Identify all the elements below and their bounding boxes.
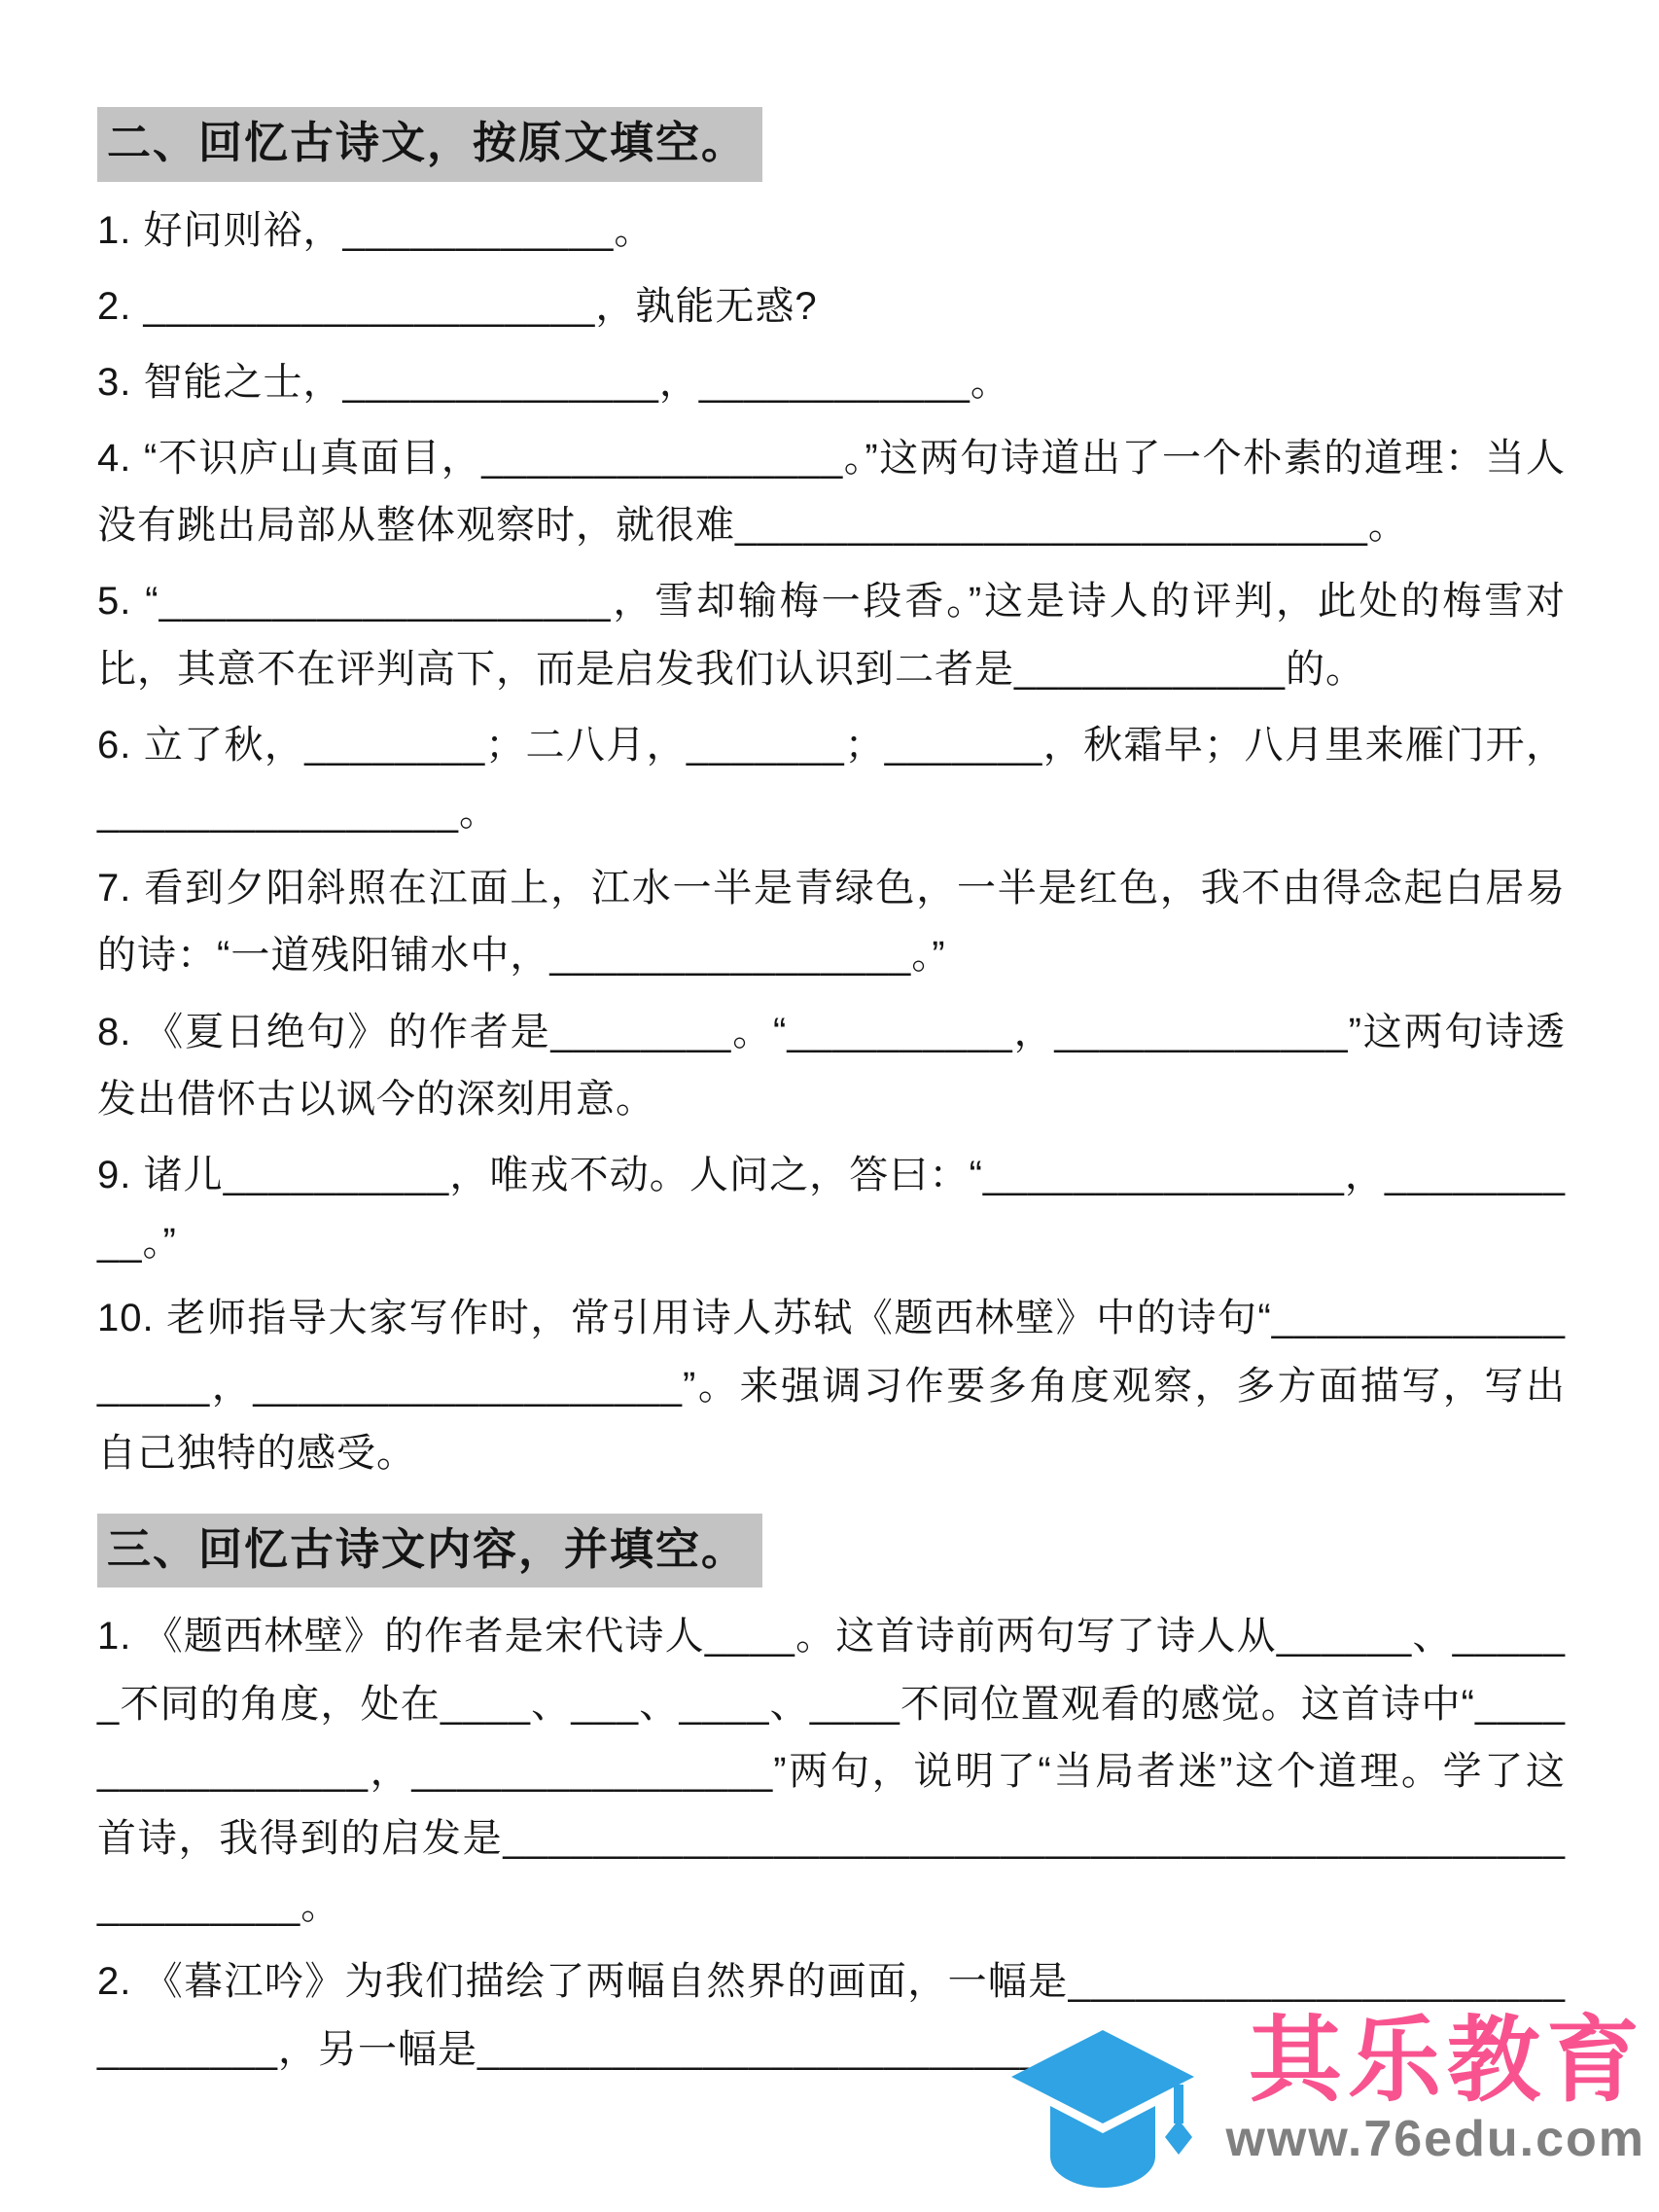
graduation-cap-icon	[1000, 2026, 1208, 2208]
section2-question-8: 8. 《夏日绝句》的作者是________。“__________，______…	[97, 999, 1566, 1133]
section3-header: 三、回忆古诗文内容，并填空。	[97, 1514, 762, 1588]
section2-question-3: 3. 智能之士，______________，____________。	[97, 349, 1566, 416]
section2-question-4: 4. “不识庐山真面目，________________。”这两句诗道出了一个朴…	[97, 425, 1566, 559]
logo-text-block: 其乐教育 www.76edu.com	[1225, 2013, 1645, 2169]
section3-question-1: 1. 《题西林壁》的作者是宋代诗人____。这首诗前两句写了诗人从______、…	[97, 1603, 1566, 1940]
section2-header: 二、回忆古诗文，按原文填空。	[97, 107, 762, 182]
section2-question-6: 6. 立了秋，________；二八月，_______；_______，秋霜早；…	[97, 712, 1566, 846]
worksheet-page: 二、回忆古诗文，按原文填空。 1. 好问则裕，____________。 2. …	[0, 0, 1659, 2084]
section2-question-9: 9. 诸儿__________，唯戎不动。人问之，答曰：“___________…	[97, 1142, 1566, 1276]
publisher-logo: 其乐教育 www.76edu.com	[1000, 2013, 1645, 2208]
section2-question-7: 7. 看到夕阳斜照在江面上，江水一半是青绿色，一半是红色，我不由得念起白居易的诗…	[97, 855, 1566, 989]
section3-title: 三、回忆古诗文内容，并填空。	[107, 1524, 747, 1574]
brand-url: www.76edu.com	[1225, 2111, 1645, 2169]
section2-question-5: 5. “____________________，雪却输梅一段香。”这是诗人的评…	[97, 568, 1566, 702]
section2-question-2: 2. ____________________，孰能无惑?	[97, 273, 1566, 340]
section2-question-1: 1. 好问则裕，____________。	[97, 197, 1566, 265]
brand-name: 其乐教育	[1249, 2013, 1645, 2111]
section2-title: 二、回忆古诗文，按原文填空。	[107, 118, 747, 167]
section2-question-10: 10. 老师指导大家写作时，常引用诗人苏轼《题西林壁》中的诗句“________…	[97, 1285, 1566, 1487]
